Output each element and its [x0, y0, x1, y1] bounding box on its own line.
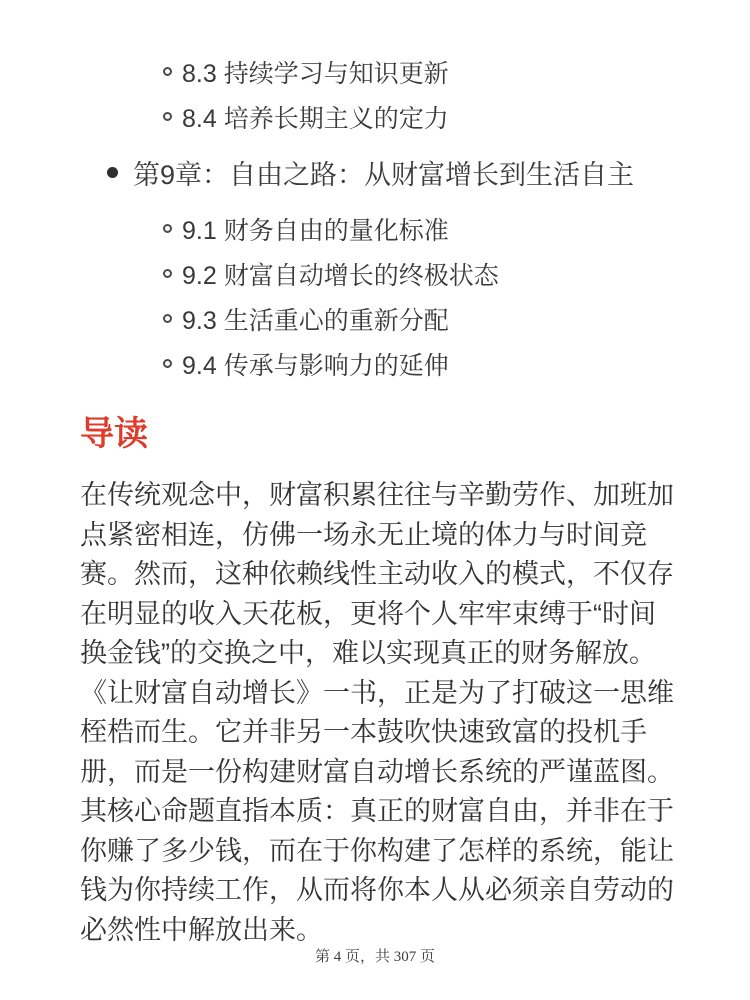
- toc-section-item: 8.3 持续学习与知识更新: [0, 49, 750, 94]
- paragraph-line: 《让财富自动增长》一书，正是为了打破这一思维: [80, 674, 690, 714]
- toc-item-label: 8.3 持续学习与知识更新: [182, 54, 449, 90]
- paragraph-line: 在传统观念中，财富积累往往与辛勤劳作、加班加: [80, 476, 690, 516]
- paragraph-line: 点紧密相连，仿佛一场永无止境的体力与时间竞: [80, 516, 690, 556]
- toc-item-label: 9.1 财务自由的量化标准: [182, 211, 449, 247]
- hollow-bullet-icon: [163, 314, 172, 323]
- paragraph-line: 其核心命题直指本质：真正的财富自由，并非在于: [80, 792, 690, 832]
- intro-paragraph: 在传统观念中，财富积累往往与辛勤劳作、加班加点紧密相连，仿佛一场永无止境的体力与…: [80, 476, 690, 950]
- table-of-contents: 8.3 持续学习与知识更新8.4 培养长期主义的定力第9章：自由之路：从财富增长…: [0, 49, 750, 386]
- toc-item-label: 9.3 生活重心的重新分配: [182, 301, 449, 337]
- toc-section-item: 9.2 财富自动增长的终极状态: [0, 251, 750, 296]
- paragraph-line: 换金钱”的交换之中，难以实现真正的财务解放。: [80, 634, 690, 674]
- toc-item-label: 8.4 培养长期主义的定力: [182, 99, 449, 135]
- toc-section-item: 9.4 传承与影响力的延伸: [0, 341, 750, 386]
- paragraph-line: 册，而是一份构建财富自动增长系统的严谨蓝图。: [80, 753, 690, 793]
- page-number-indicator: 第 4 页，共 307 页: [0, 945, 750, 966]
- toc-section-item: 8.4 培养长期主义的定力: [0, 94, 750, 139]
- paragraph-line: 在明显的收入天花板，更将个人牢牢束缚于“时间: [80, 595, 690, 635]
- toc-item-label: 9.4 传承与影响力的延伸: [182, 346, 449, 382]
- hollow-bullet-icon: [163, 359, 172, 368]
- intro-heading: 导读: [80, 412, 148, 456]
- hollow-bullet-icon: [163, 67, 172, 76]
- filled-bullet-icon: [107, 167, 118, 178]
- toc-section-item: 9.3 生活重心的重新分配: [0, 296, 750, 341]
- paragraph-line: 钱为你持续工作，从而将你本人从必须亲自劳动的: [80, 871, 690, 911]
- document-page: 8.3 持续学习与知识更新8.4 培养长期主义的定力第9章：自由之路：从财富增长…: [0, 0, 750, 1000]
- paragraph-line: 赛。然而，这种依赖线性主动收入的模式，不仅存: [80, 555, 690, 595]
- toc-chapter-item: 第9章：自由之路：从财富增长到生活自主: [0, 150, 750, 195]
- paragraph-line: 你赚了多少钱，而在于你构建了怎样的系统，能让: [80, 832, 690, 872]
- hollow-bullet-icon: [163, 112, 172, 121]
- paragraph-line: 桎梏而生。它并非另一本鼓吹快速致富的投机手: [80, 713, 690, 753]
- hollow-bullet-icon: [163, 269, 172, 278]
- hollow-bullet-icon: [163, 224, 172, 233]
- toc-item-label: 第9章：自由之路：从财富增长到生活自主: [133, 153, 634, 192]
- toc-section-item: 9.1 财务自由的量化标准: [0, 206, 750, 251]
- toc-item-label: 9.2 财富自动增长的终极状态: [182, 256, 499, 292]
